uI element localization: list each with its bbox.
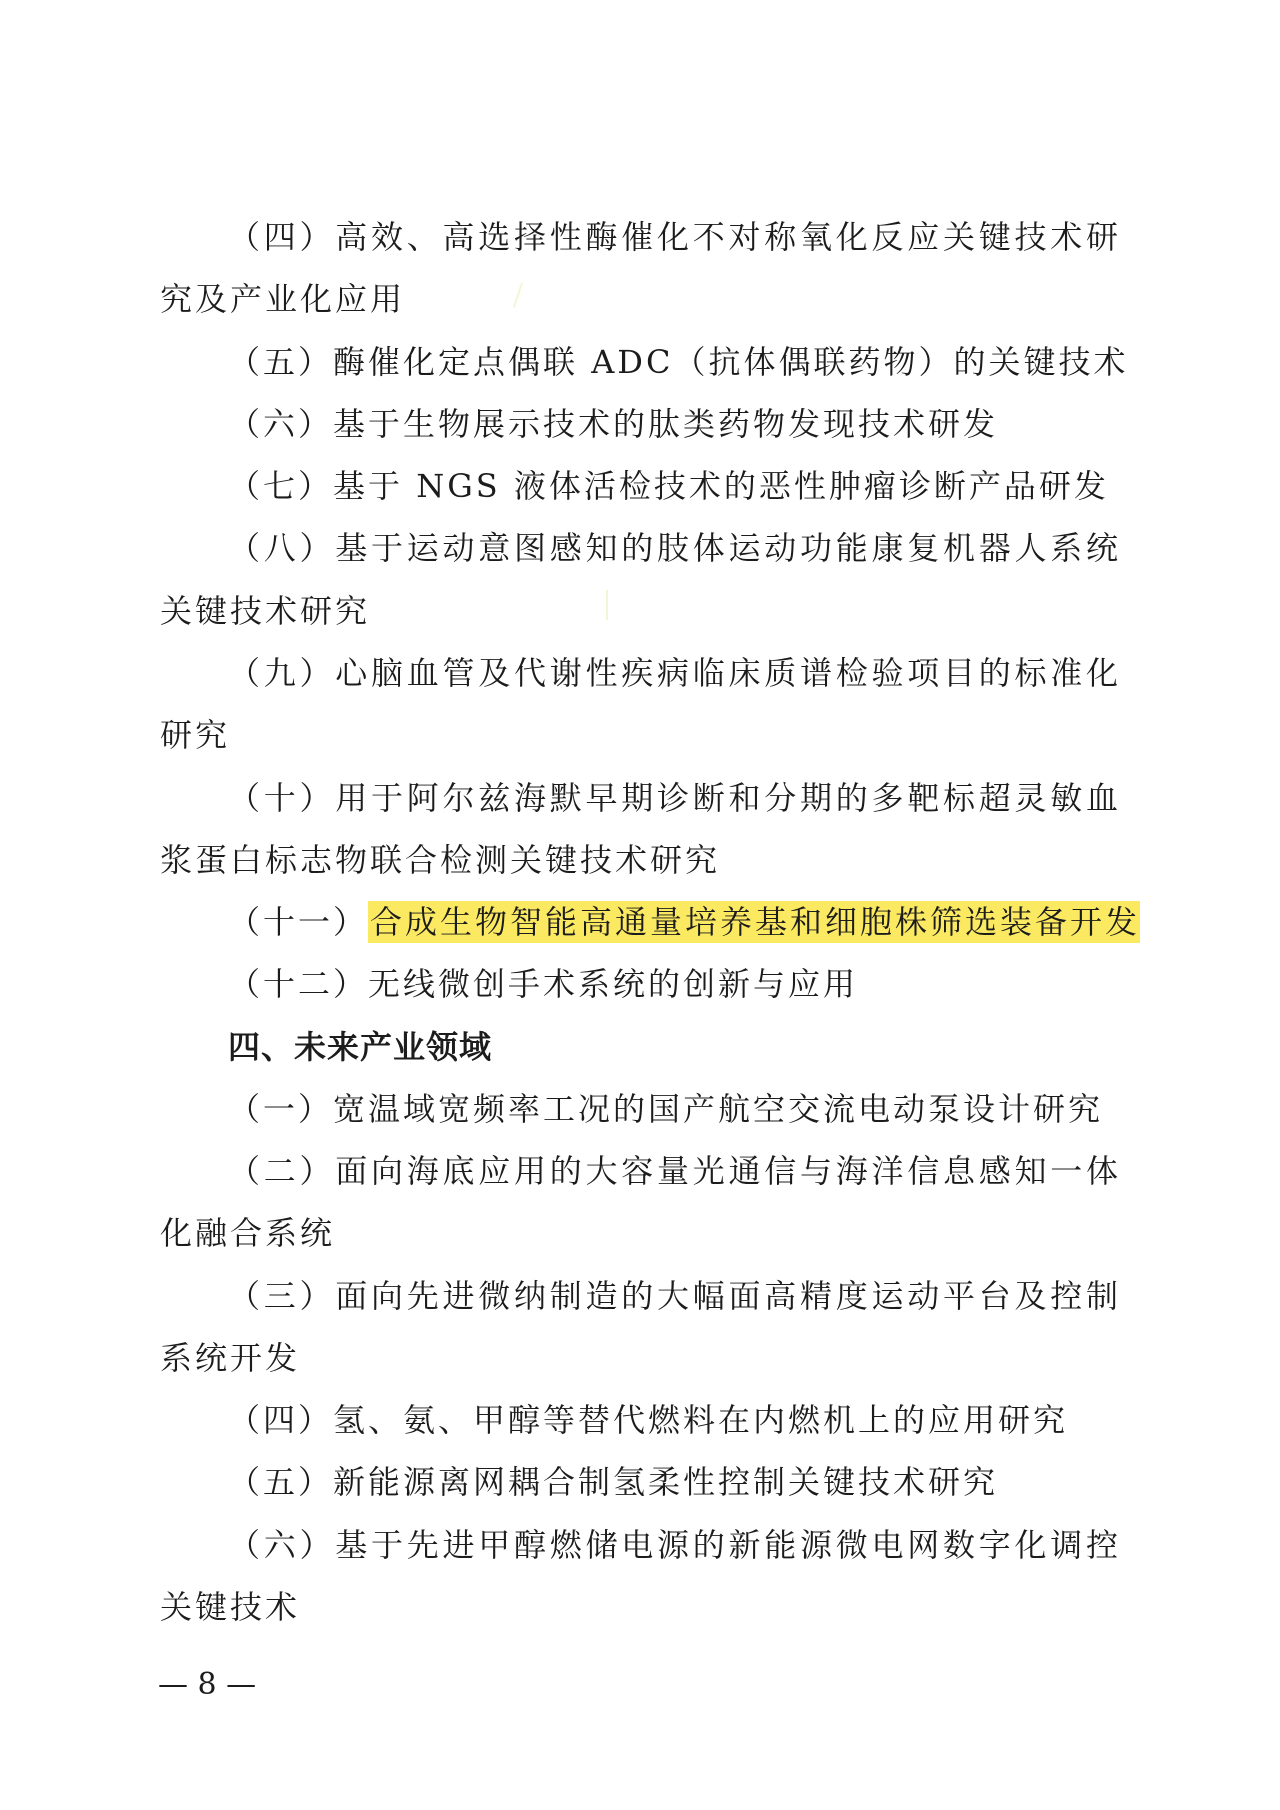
item-4-5: （五）新能源离网耦合制氢柔性控制关键技术研究: [160, 1460, 1118, 1504]
section-heading: 四、未来产业领域: [160, 1025, 1118, 1069]
item-number: （十）: [228, 779, 335, 817]
item-3-7: （七）基于 NGS 液体活检技术的恶性肿瘤诊断产品研发: [160, 464, 1118, 508]
item-4-4: （四）氢、氨、甲醇等替代燃料在内燃机上的应用研究: [160, 1398, 1118, 1442]
item-text: 基于先进甲醇燃储电源的新能源微电网数字化调控: [335, 1526, 1118, 1564]
item-number: （四）: [228, 1401, 333, 1439]
item-4-6-line2: 关键技术: [160, 1585, 1118, 1629]
item-number: （四）: [228, 218, 335, 256]
item-number: （八）: [228, 529, 335, 567]
item-text: 无线微创手术系统的创新与应用: [368, 965, 858, 1003]
item-3-4-line1: （四）高效、高选择性酶催化不对称氧化反应关键技术研: [160, 215, 1118, 259]
page-number: — 8 —: [158, 1665, 256, 1705]
item-number: （二）: [228, 1152, 335, 1190]
item-number: （七）: [228, 467, 333, 505]
item-text: 宽温域宽频率工况的国产航空交流电动泵设计研究: [333, 1090, 1103, 1128]
highlighted-item-text: 合成生物智能高通量培养基和细胞株筛选装备开发: [368, 901, 1140, 943]
item-3-8-line1: （八）基于运动意图感知的肢体运动功能康复机器人系统: [160, 526, 1118, 570]
item-text: 面向先进微纳制造的大幅面高精度运动平台及控制: [335, 1277, 1118, 1315]
item-text: 面向海底应用的大容量光通信与海洋信息感知一体: [335, 1152, 1118, 1190]
item-text: 基于 NGS 液体活检技术的恶性肿瘤诊断产品研发: [333, 467, 1109, 505]
item-number: （五）: [228, 343, 333, 381]
item-3-6: （六）基于生物展示技术的肽类药物发现技术研发: [160, 402, 1118, 446]
item-number: （一）: [228, 1090, 333, 1128]
item-text: 基于生物展示技术的肽类药物发现技术研发: [333, 405, 998, 443]
item-text: 新能源离网耦合制氢柔性控制关键技术研究: [333, 1463, 998, 1501]
item-number: （六）: [228, 405, 333, 443]
item-4-1: （一）宽温域宽频率工况的国产航空交流电动泵设计研究: [160, 1087, 1118, 1131]
item-text: 高效、高选择性酶催化不对称氧化反应关键技术研: [335, 218, 1118, 256]
item-3-8-line2: 关键技术研究: [160, 589, 1118, 633]
item-text: 用于阿尔兹海默早期诊断和分期的多靶标超灵敏血: [335, 779, 1118, 817]
item-number: （十二）: [228, 965, 368, 1003]
item-3-10-line1: （十）用于阿尔兹海默早期诊断和分期的多靶标超灵敏血: [160, 776, 1118, 820]
item-3-10-line2: 浆蛋白标志物联合检测关键技术研究: [160, 838, 1118, 882]
item-4-3-line2: 系统开发: [160, 1336, 1118, 1380]
item-3-4-line2: 究及产业化应用: [160, 277, 1118, 321]
item-text: 心脑血管及代谢性疾病临床质谱检验项目的标准化: [335, 654, 1118, 692]
item-4-3-line1: （三）面向先进微纳制造的大幅面高精度运动平台及控制: [160, 1274, 1118, 1318]
document-page: （四）高效、高选择性酶催化不对称氧化反应关键技术研 究及产业化应用 （五）酶催化…: [0, 0, 1280, 1810]
item-3-11: （十一）合成生物智能高通量培养基和细胞株筛选装备开发: [160, 900, 1118, 944]
item-number: （十一）: [228, 903, 368, 941]
item-number: （六）: [228, 1526, 335, 1564]
item-3-9-line1: （九）心脑血管及代谢性疾病临床质谱检验项目的标准化: [160, 651, 1118, 695]
item-3-12: （十二）无线微创手术系统的创新与应用: [160, 962, 1118, 1006]
item-number: （九）: [228, 654, 335, 692]
item-3-9-line2: 研究: [160, 713, 1118, 757]
item-number: （三）: [228, 1277, 335, 1315]
item-text: 氢、氨、甲醇等替代燃料在内燃机上的应用研究: [333, 1401, 1068, 1439]
item-text: 酶催化定点偶联 ADC（抗体偶联药物）的关键技术: [333, 343, 1128, 381]
item-4-2-line2: 化融合系统: [160, 1211, 1118, 1255]
item-3-5: （五）酶催化定点偶联 ADC（抗体偶联药物）的关键技术: [160, 340, 1118, 384]
item-4-2-line1: （二）面向海底应用的大容量光通信与海洋信息感知一体: [160, 1149, 1118, 1193]
item-text: 基于运动意图感知的肢体运动功能康复机器人系统: [335, 529, 1118, 567]
item-4-6-line1: （六）基于先进甲醇燃储电源的新能源微电网数字化调控: [160, 1523, 1118, 1567]
item-number: （五）: [228, 1463, 333, 1501]
